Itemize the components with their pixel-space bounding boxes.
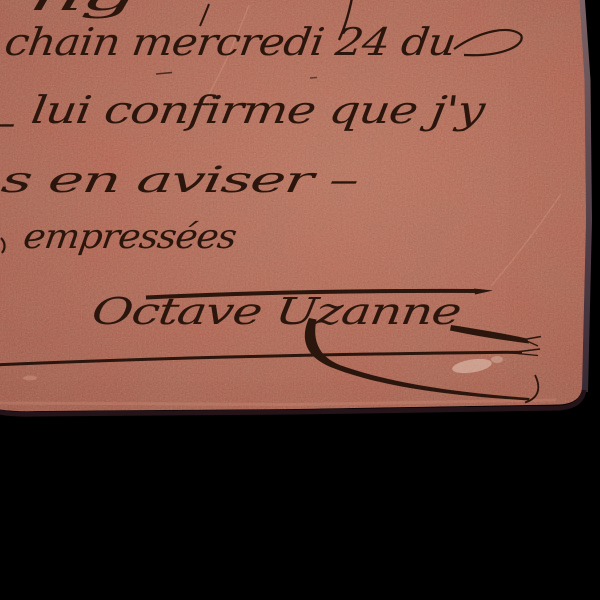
handwriting-line-3: s en aviser – xyxy=(0,158,361,201)
paper-smudge-small xyxy=(491,356,503,363)
handwriting-line-2: lui confirme que j'y xyxy=(28,89,488,133)
letter-photo: ng chain mercredi 24 du – lui confirme q… xyxy=(0,0,600,600)
handwriting-line-cutoff: ng xyxy=(26,0,137,20)
paper-smudge-bottom-left xyxy=(23,376,37,381)
signature-name: Octave Uzanne xyxy=(89,289,463,333)
ink-speck xyxy=(310,78,317,79)
photo-frame: ng chain mercredi 24 du – lui confirme q… xyxy=(0,0,600,600)
handwriting-line-4: empressées xyxy=(21,217,239,257)
handwriting-line-1: chain mercredi 24 du xyxy=(2,21,458,65)
